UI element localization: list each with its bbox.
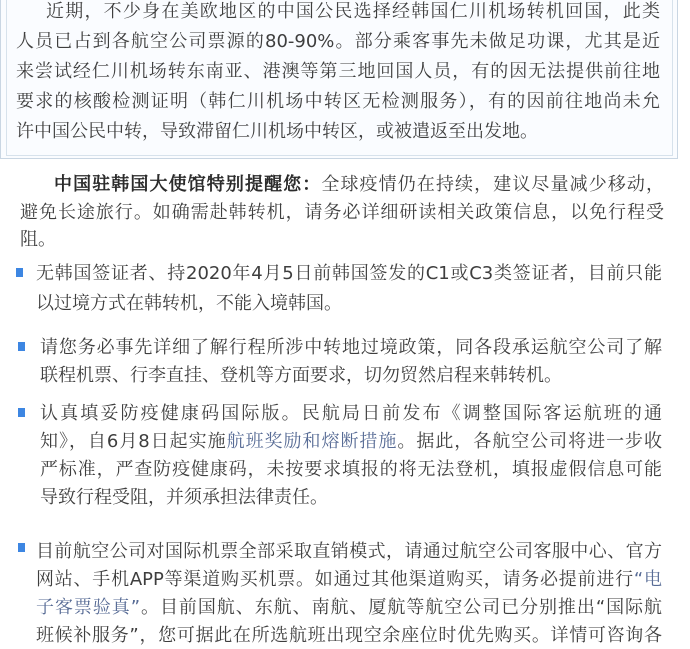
bullet-square-icon xyxy=(16,268,23,277)
text-line: 避免长途旅行。如确需赴韩转机，请务必详细研读相关政策信息，以免行程受 xyxy=(20,201,664,225)
text-segment: 网站、手机APP等渠道购买机票。如通过其他渠道购买，请务必提前进行 xyxy=(36,569,634,590)
text-line: 子客票验真”。目前国航、东航、南航、厦航等航空公司已分别推出“国际航 xyxy=(36,596,662,620)
text-line: 导致行程受阻，并须承担法律责任。 xyxy=(40,486,662,510)
text-line: 网站、手机APP等渠道购买机票。如通过其他渠道购买，请务必提前进行“电 xyxy=(36,568,662,592)
text-line: 要求的核酸检测证明（韩仁川机场中转区无检测服务），有的因前往地尚未允 xyxy=(16,90,660,114)
flight-reward-circuit-breaker-link[interactable]: 航班奖励和熔断措施 xyxy=(227,431,398,452)
text-line: 以过境方式在韩转机，不能入境韩国。 xyxy=(36,292,662,316)
bullet-square-icon xyxy=(18,342,25,351)
text-segment: 。据此，各航空公司将进一步收 xyxy=(397,431,662,452)
text-segment: 知》，自6月8日起实施 xyxy=(40,431,227,452)
reminder-heading: 中国驻韩国大使馆特别提醒您： xyxy=(54,174,321,195)
reminder-text: 全球疫情仍在持续，建议尽量减少移动， xyxy=(321,174,664,195)
text-line: 联程机票、行李直挂、登机等方面要求，切勿贸然启程来韩转机。 xyxy=(40,364,662,388)
text-segment: 。目前国航、东航、南航、厦航等航空公司已分别推出“国际航 xyxy=(140,597,662,618)
e-ticket-verification-link[interactable]: “电 xyxy=(634,569,662,590)
text-line: 人员已占到各航空公司票源的80-90%。部分乘客事先未做足功课，尤其是近 xyxy=(16,30,660,54)
e-ticket-verification-link[interactable]: 子客票验真” xyxy=(36,597,140,618)
text-line: 认真填妥防疫健康码国际版。民航局日前发布《调整国际客运航班的通 xyxy=(40,402,662,426)
text-line: 目前航空公司对国际机票全部采取直销模式，请通过航空公司客服中心、官方 xyxy=(36,540,662,564)
text-line: 许中国公民中转，导致滞留仁川机场中转区，或被遣返至出发地。 xyxy=(16,120,660,144)
text-line: 无韩国签证者、持2020年4月5日前韩国签发的C1或C3类签证者，目前只能 xyxy=(36,262,662,286)
text-line: 班候补服务”，您可据此在所选航班出现空余座位时优先购买。详情可咨询各 xyxy=(36,624,662,648)
bullet-square-icon xyxy=(18,543,25,552)
bullet-square-icon xyxy=(18,408,25,417)
text-line: 中国驻韩国大使馆特别提醒您：全球疫情仍在持续，建议尽量减少移动， xyxy=(54,173,664,197)
text-line: 来尝试经仁川机场转东南亚、港澳等第三地回国人员，有的因无法提供前往地 xyxy=(16,60,660,84)
text-line: 近期，不少身在美欧地区的中国公民选择经韩国仁川机场转机回国，此类 xyxy=(46,0,660,24)
text-line: 请您务必事先详细了解行程所涉中转地过境政策，同各段承运航空公司了解 xyxy=(40,336,662,360)
text-line: 严标准，严查防疫健康码，未按要求填报的将无法登机，填报虚假信息可能 xyxy=(40,458,662,482)
text-line: 知》，自6月8日起实施航班奖励和熔断措施。据此，各航空公司将进一步收 xyxy=(40,430,662,454)
text-line: 阻。 xyxy=(20,228,664,252)
